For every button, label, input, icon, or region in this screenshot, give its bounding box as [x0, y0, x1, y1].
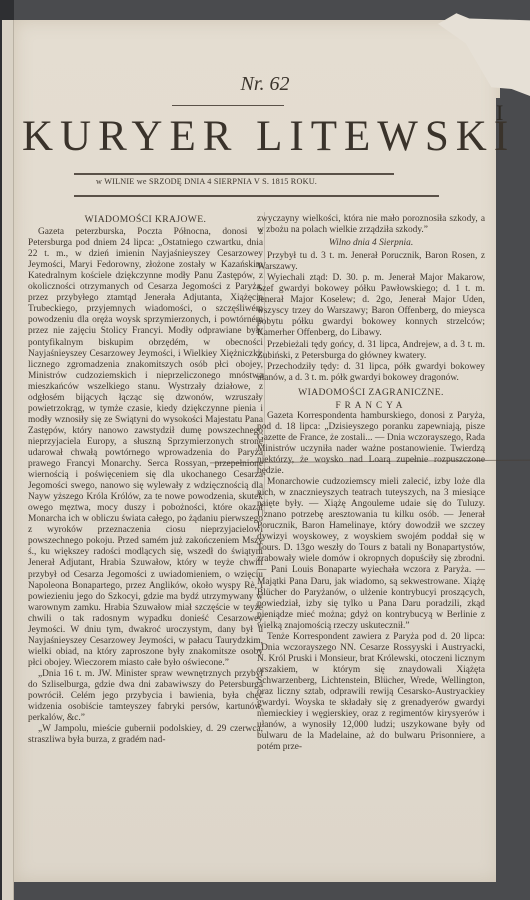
article-paragraph: Przebieżali tędy gońcy, d. 31 lipca, And… [257, 340, 485, 362]
dateline-rule-bottom [74, 195, 439, 197]
previous-page-edge [2, 20, 14, 900]
country-heading: FRANCYA [257, 400, 485, 411]
article-paragraph: Wyiechali ztąd: D. 30. p. m. Jenerał Maj… [257, 273, 485, 339]
article-continuation: zwyczayny wielkości, która nie mało poro… [257, 214, 485, 236]
article-paragraph: Gazeta Korrespondenta hamburskiego, dono… [257, 411, 485, 477]
wilno-dateline: Wilno dnia 4 Sierpnia. [257, 238, 485, 249]
issue-number: Nr. 62 [0, 73, 530, 96]
foreign-news-heading: WIADOMOŚCI ZAGRANICZNE. [257, 387, 485, 398]
newspaper-title: KURYER LITEWSKI [22, 112, 462, 161]
article-paragraph: „Dnia 16 t. m. JW. Minister spraw wewnęt… [28, 669, 263, 724]
torn-page-edge [496, 98, 530, 900]
article-paragraph: Gazeta peterzburska, Poczta Północna, do… [28, 227, 263, 669]
article-paragraph: Tenże Korrespondent zawiera z Paryża pod… [257, 632, 485, 754]
left-column: WIADOMOŚCI KRAJOWE. Gazeta peterzburska,… [28, 214, 263, 746]
article-paragraph: Monarchowie cudzoziemscy mieli zalecić, … [257, 477, 485, 632]
article-paragraph: Przechodziły tędy: d. 31 lipca, półk gwa… [257, 362, 485, 384]
domestic-news-heading: WIADOMOŚCI KRAJOWE. [28, 214, 263, 225]
masthead-rule-top [172, 105, 284, 106]
dateline-rule-top [74, 173, 394, 175]
right-column: zwyczayny wielkości, która nie mało poro… [257, 214, 485, 753]
dateline: w WILNIE we SRZODĘ DNIA 4 SIERPNIA V S. … [96, 177, 396, 186]
corner-letter: I [496, 100, 503, 126]
article-paragraph: „W Jampolu, mieście gubernii podolskiey,… [28, 724, 263, 746]
article-paragraph: Przybył tu d. 3 t. m. Jenerał Porucznik,… [257, 251, 485, 273]
